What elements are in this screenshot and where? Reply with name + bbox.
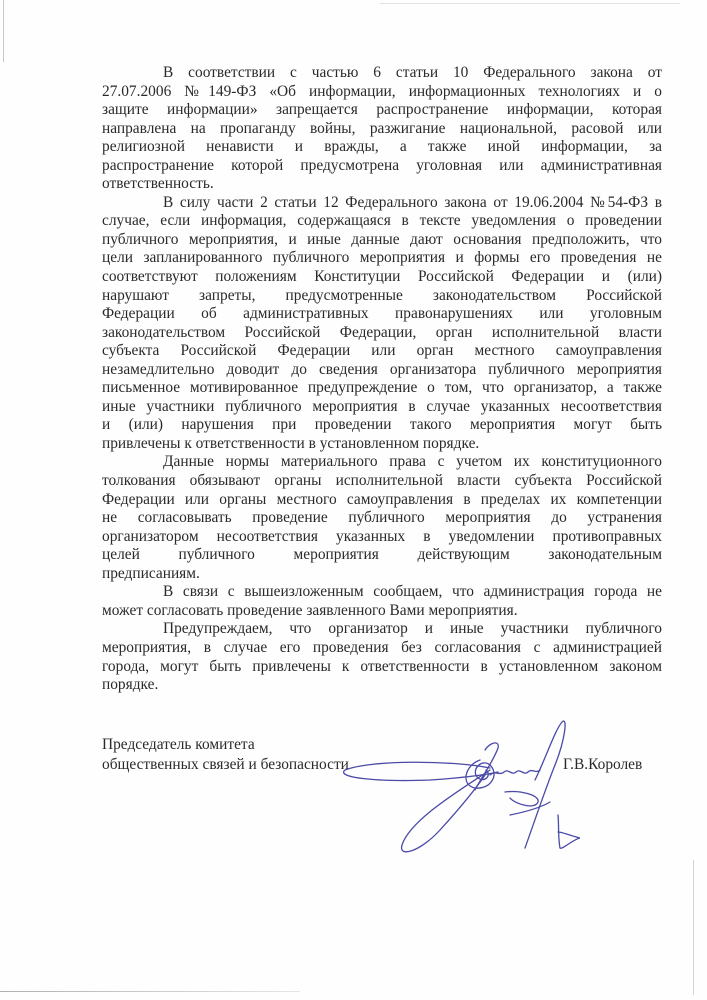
scan-edge-top: [380, 3, 680, 4]
text-line: направлена на пропаганду войны, разжиган…: [102, 120, 662, 139]
paragraph-1: В соответствии с частью 6 статьи 10 Феде…: [102, 64, 662, 194]
signature-block: Председатель комитета общественных связе…: [102, 735, 682, 775]
text-line: предписаниям.: [102, 565, 662, 584]
text-line: письменное мотивированное предупреждение…: [102, 379, 662, 398]
scanned-document-page: В соответствии с частью 6 статьи 10 Феде…: [0, 0, 707, 1000]
text-line: защите информации» запрещается распростр…: [102, 101, 662, 120]
text-line: 27.07.2006 №149-ФЗ «Об информации, инфор…: [102, 83, 662, 102]
paragraph-2: В силу части 2 статьи 12 Федерального за…: [102, 194, 662, 454]
text-line: Федерации об административных правонаруш…: [102, 305, 662, 324]
text-line: целей публичного мероприятия действующим…: [102, 546, 662, 565]
paragraph-5: Предупреждаем, что организатор и иные уч…: [102, 620, 662, 694]
text-line: Данные нормы материального права с учето…: [102, 453, 662, 472]
paragraph-3: Данные нормы материального права с учето…: [102, 453, 662, 583]
text-line: Предупреждаем, что организатор и иные уч…: [102, 620, 662, 639]
text-line: законодательством Российской Федерации, …: [102, 324, 662, 343]
text-line: соответствуют положениям Конституции Рос…: [102, 268, 662, 287]
text-line: организатором несоответствия указанных в…: [102, 528, 662, 547]
text-line: религиозной ненависти и вражды, а также …: [102, 138, 662, 157]
signatory-name: Г.В.Королев: [563, 755, 642, 775]
text-line: нарушают запреты, предусмотренные законо…: [102, 287, 662, 306]
text-line: и (или) нарушения при проведении такого …: [102, 416, 662, 435]
text-line: города, могут быть привлечены к ответств…: [102, 658, 662, 677]
text-line: порядке.: [102, 676, 662, 695]
text-line: Федерации или органы местного самоуправл…: [102, 491, 662, 510]
text-line: субъекта Российской Федерации или орган …: [102, 342, 662, 361]
text-line: может согласовать проведение заявленного…: [102, 602, 662, 621]
scan-edge-right: [693, 860, 694, 995]
text-line: не согласовывать проведение публичного м…: [102, 509, 662, 528]
text-line: толкования обязывают органы исполнительн…: [102, 472, 662, 491]
scan-edge-left: [3, 0, 4, 62]
signatory-title-line-1: Председатель комитета: [102, 735, 682, 755]
text-line: В силу части 2 статьи 12 Федерального за…: [102, 194, 662, 213]
text-line: привлечены к ответственности в установле…: [102, 435, 662, 454]
scan-edge-bottom: [0, 991, 300, 992]
text-line: публичного мероприятия, и иные данные да…: [102, 231, 662, 250]
paragraph-4: В связи с вышеизложенным сообщаем, что а…: [102, 583, 662, 620]
text-line: незамедлительно доводит до сведения орга…: [102, 361, 662, 380]
text-line: ответственность.: [102, 175, 662, 194]
document-body: В соответствии с частью 6 статьи 10 Феде…: [102, 64, 662, 695]
text-line: мероприятия, в случае его проведения без…: [102, 639, 662, 658]
text-line: цели запланированного публичного меропри…: [102, 249, 662, 268]
text-line: В связи с вышеизложенным сообщаем, что а…: [102, 583, 662, 602]
text-line: иные участники публичного мероприятия в …: [102, 398, 662, 417]
text-line: случае, если информация, содержащаяся в …: [102, 212, 662, 231]
text-line: В соответствии с частью 6 статьи 10 Феде…: [102, 64, 662, 83]
text-line: распространение которой предусмотрена уг…: [102, 157, 662, 176]
